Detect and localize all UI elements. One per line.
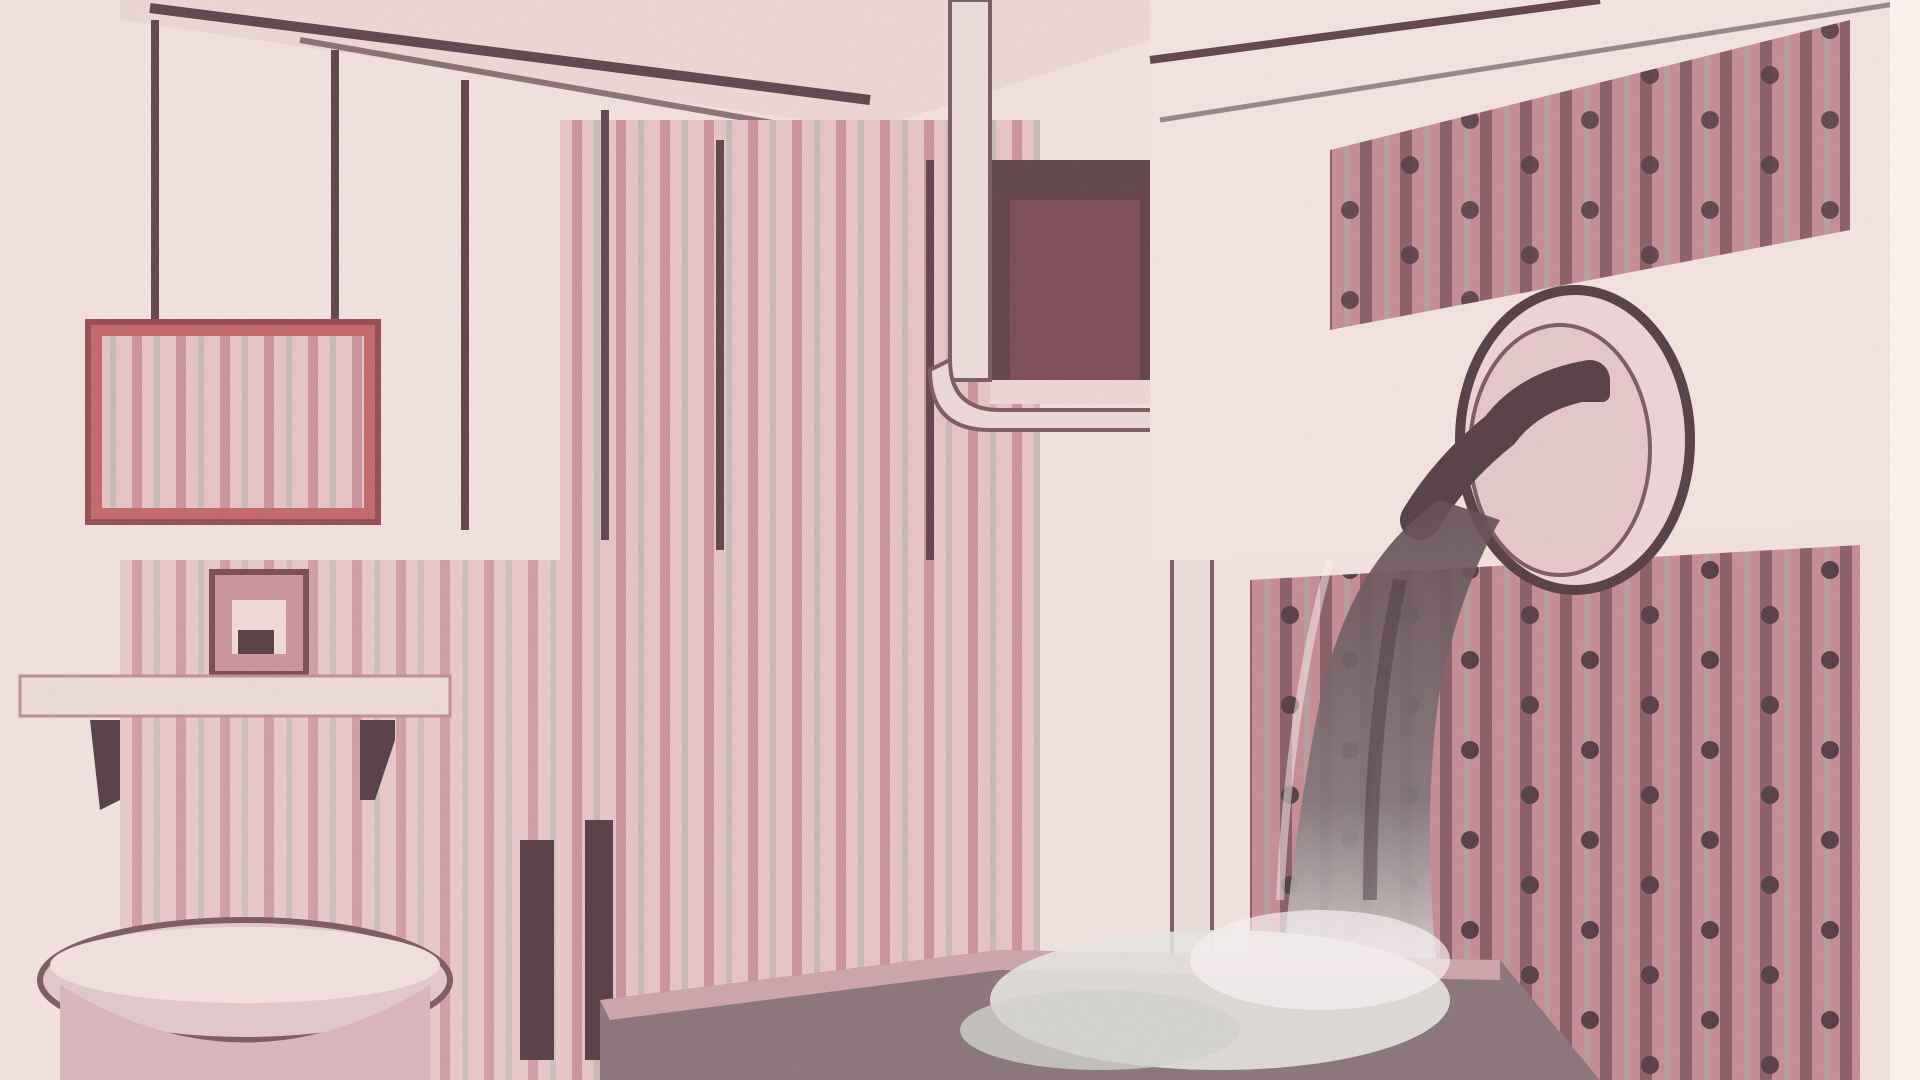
bathroom-photo [0,0,1920,1080]
film-grain [0,0,1920,1080]
right-border [1890,0,1920,1080]
